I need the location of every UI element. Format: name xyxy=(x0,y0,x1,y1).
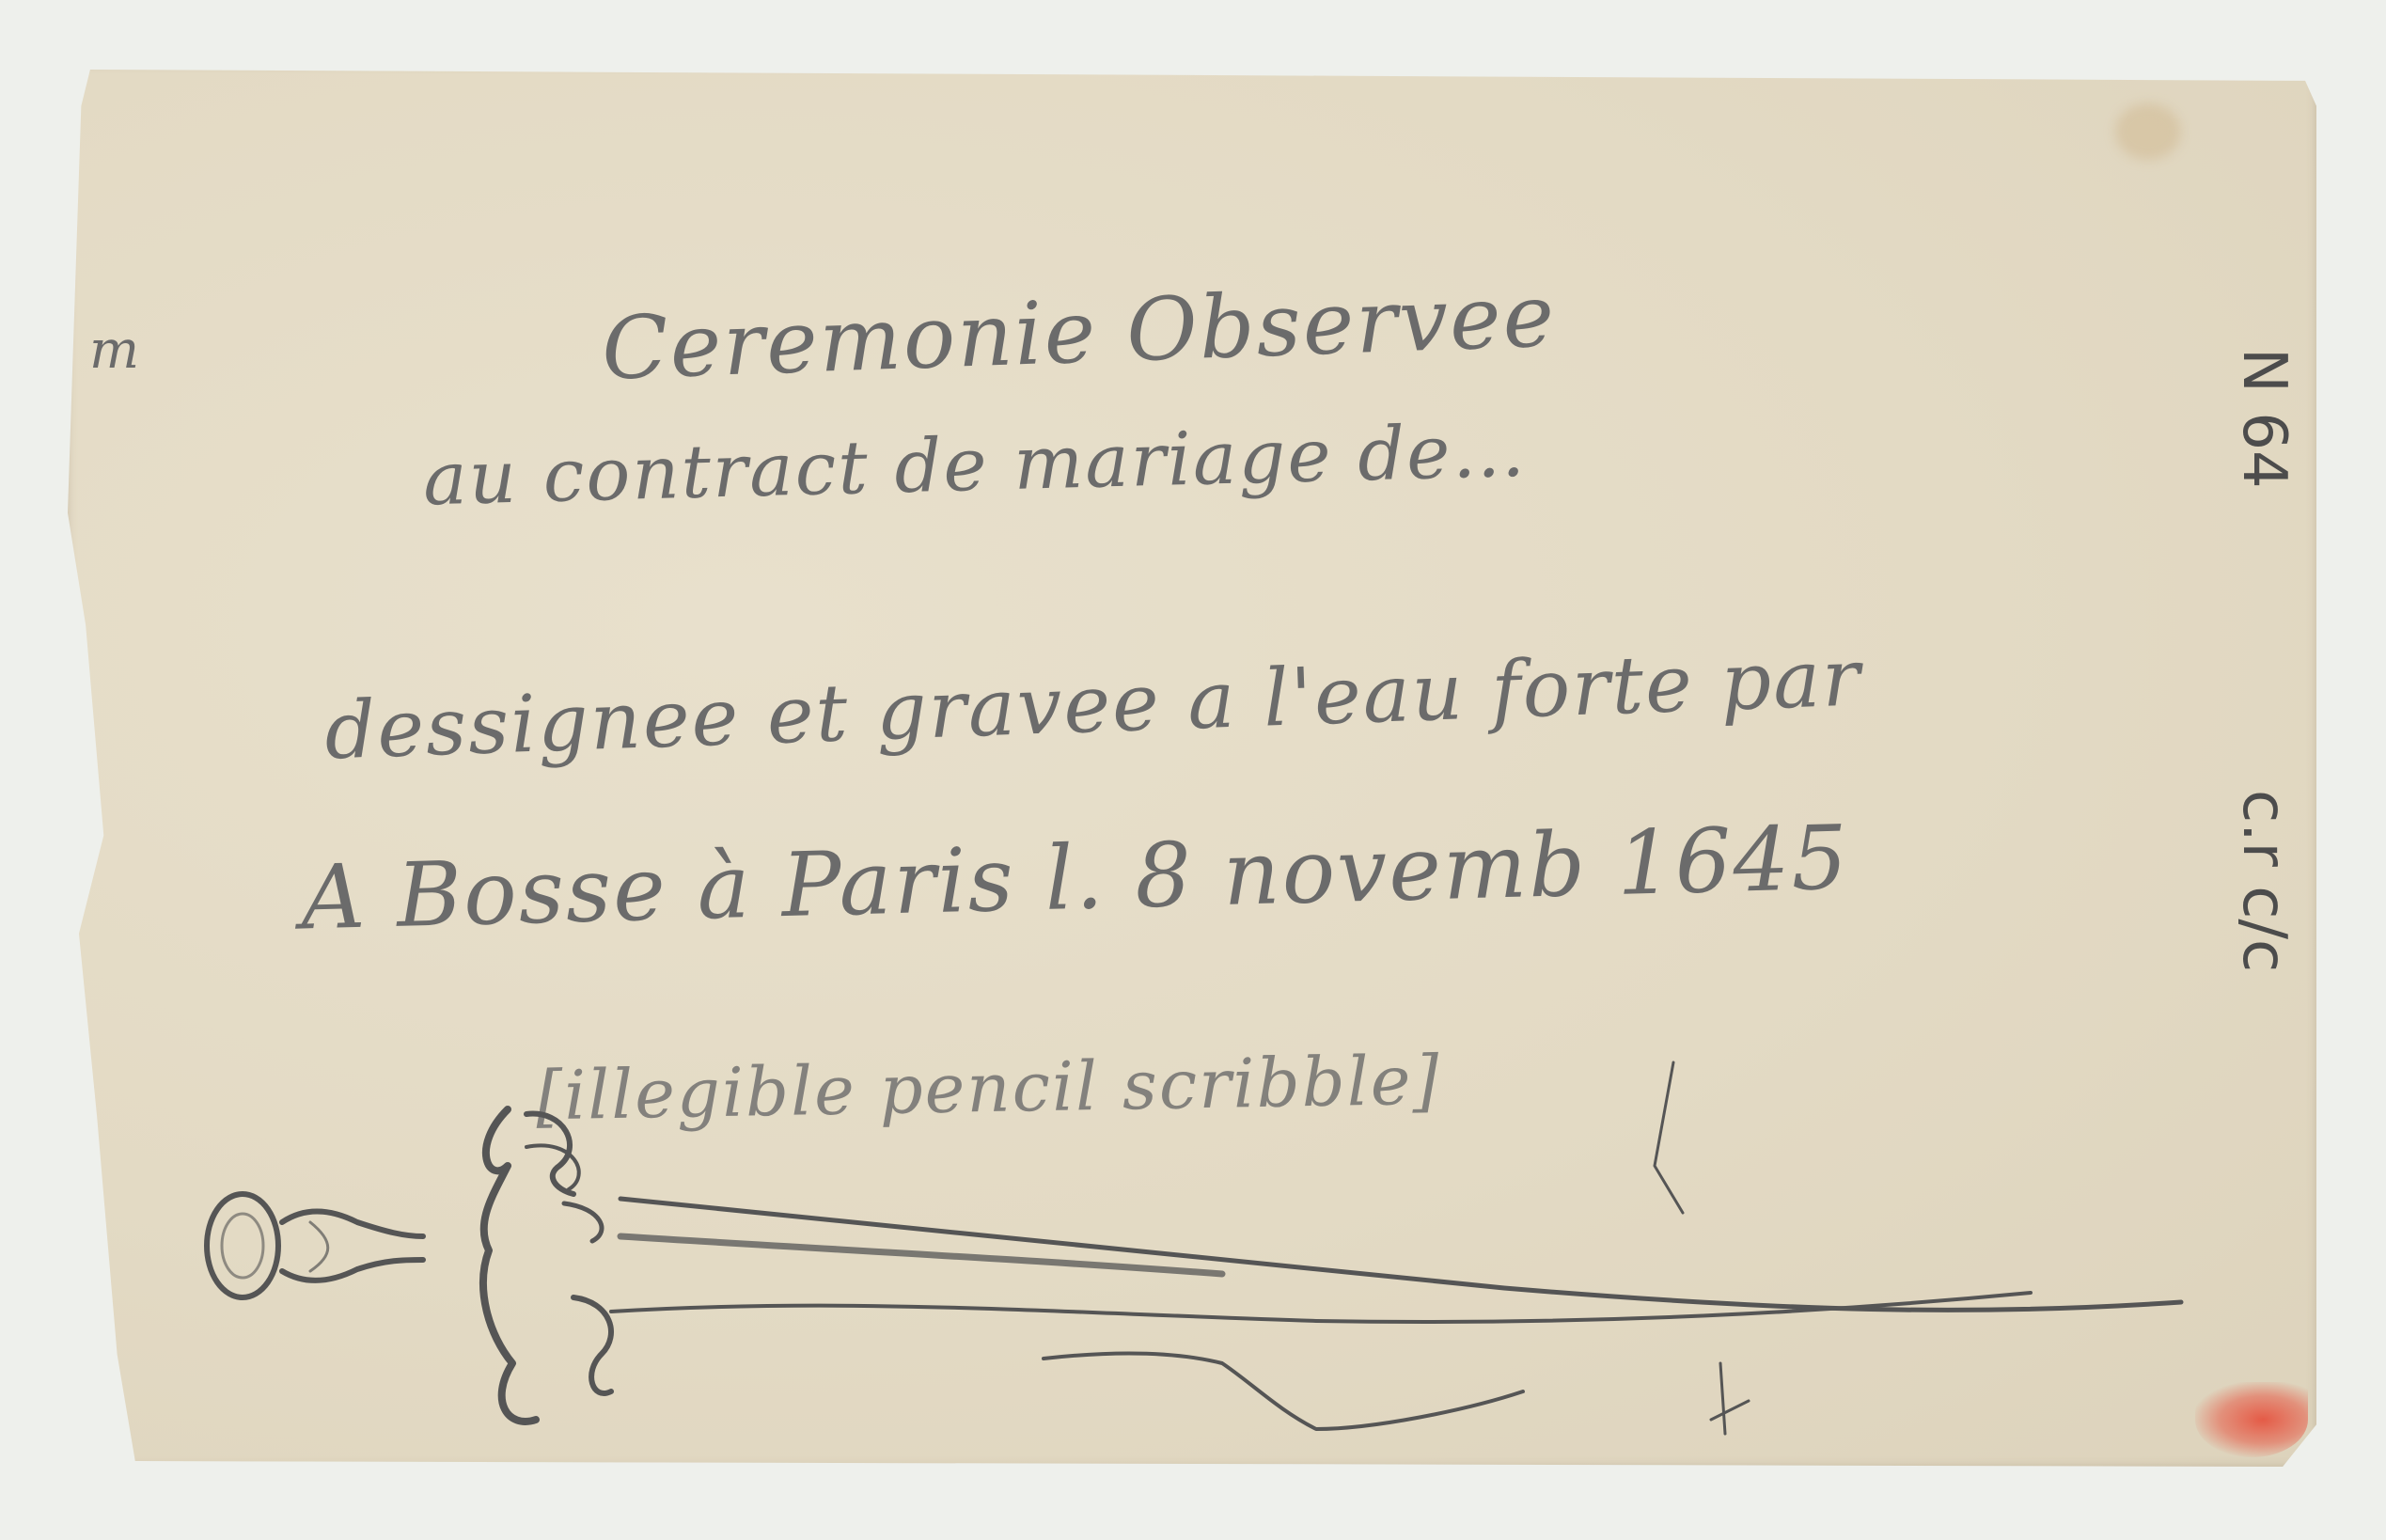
scribble-line: [illegible pencil scribble] xyxy=(535,1041,1441,1136)
catalog-number: N 64 xyxy=(2229,348,2299,489)
paper-stain xyxy=(2115,103,2181,160)
red-chalk-mark xyxy=(2195,1382,2308,1457)
margin-mark: m xyxy=(89,320,141,381)
catalog-code: c.r c/c xyxy=(2229,790,2299,972)
